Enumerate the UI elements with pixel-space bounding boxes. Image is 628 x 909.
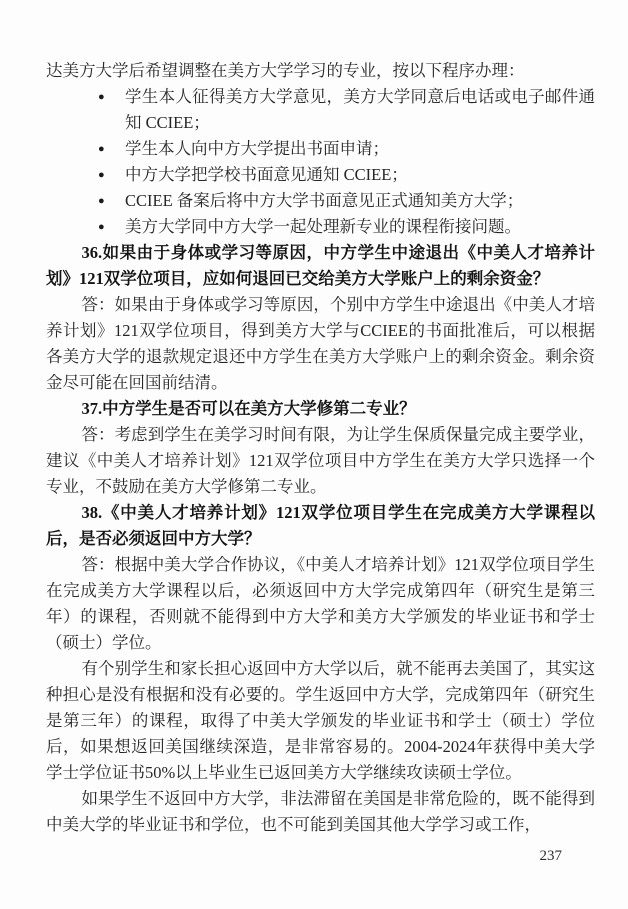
- bullet-icon: ●: [98, 84, 125, 110]
- bullet-list: ● 学生本人征得美方大学意见，美方大学同意后电话或电子邮件通知 CCIEE； ●…: [46, 84, 595, 240]
- bullet-item-text: 学生本人征得美方大学意见，美方大学同意后电话或电子邮件通知 CCIEE；: [125, 84, 595, 136]
- bullet-item-text: 美方大学同中方大学一起处理新专业的课程衔接问题。: [125, 214, 595, 240]
- list-item: ● 学生本人向中方大学提出书面申请；: [46, 136, 595, 162]
- bullet-item-text: CCIEE 备案后将中方大学书面意见正式通知美方大学；: [125, 188, 595, 214]
- bullet-icon: ●: [98, 214, 125, 240]
- bullet-icon: ●: [98, 136, 125, 162]
- answer-38-paragraph-1: 答：根据中美大学合作协议，《中美人才培养计划》121双学位项目学生在完成美方大学…: [46, 552, 595, 656]
- answer-36: 答：如果由于身体或学习等原因，个别中方学生中途退出《中美人才培养计划》121双学…: [46, 292, 595, 396]
- list-item: ● 中方大学把学校书面意见通知 CCIEE；: [46, 162, 595, 188]
- list-item: ● 学生本人征得美方大学意见，美方大学同意后电话或电子邮件通知 CCIEE；: [46, 84, 595, 136]
- answer-37: 答：考虑到学生在美学习时间有限，为让学生保质保量完成主要学业，建议《中美人才培养…: [46, 422, 595, 500]
- answer-38-paragraph-2: 有个别学生和家长担心返回中方大学以后，就不能再去美国了，其实这种担心是没有根据和…: [46, 656, 595, 786]
- answer-38-paragraph-3: 如果学生不返回中方大学，非法滞留在美国是非常危险的，既不能得到中美大学的毕业证书…: [46, 786, 595, 838]
- question-37: 37.中方学生是否可以在美方大学修第二专业？: [46, 396, 595, 422]
- bullet-item-text: 中方大学把学校书面意见通知 CCIEE；: [125, 162, 595, 188]
- bullet-icon: ●: [98, 162, 125, 188]
- question-38: 38.《中美人才培养计划》121双学位项目学生在完成美方大学课程以后，是否必须返…: [46, 500, 595, 552]
- page-number: 237: [46, 843, 595, 869]
- list-item: ● CCIEE 备案后将中方大学书面意见正式通知美方大学；: [46, 188, 595, 214]
- list-item: ● 美方大学同中方大学一起处理新专业的课程衔接问题。: [46, 214, 595, 240]
- bullet-item-text: 学生本人向中方大学提出书面申请；: [125, 136, 595, 162]
- bullet-icon: ●: [98, 188, 125, 214]
- question-36: 36.如果由于身体或学习等原因，中方学生中途退出《中美人才培养计划》121双学位…: [46, 240, 595, 292]
- document-page: 达美方大学后希望调整在美方大学学习的专业，按以下程序办理： ● 学生本人征得美方…: [0, 0, 628, 909]
- intro-paragraph: 达美方大学后希望调整在美方大学学习的专业，按以下程序办理：: [46, 58, 595, 84]
